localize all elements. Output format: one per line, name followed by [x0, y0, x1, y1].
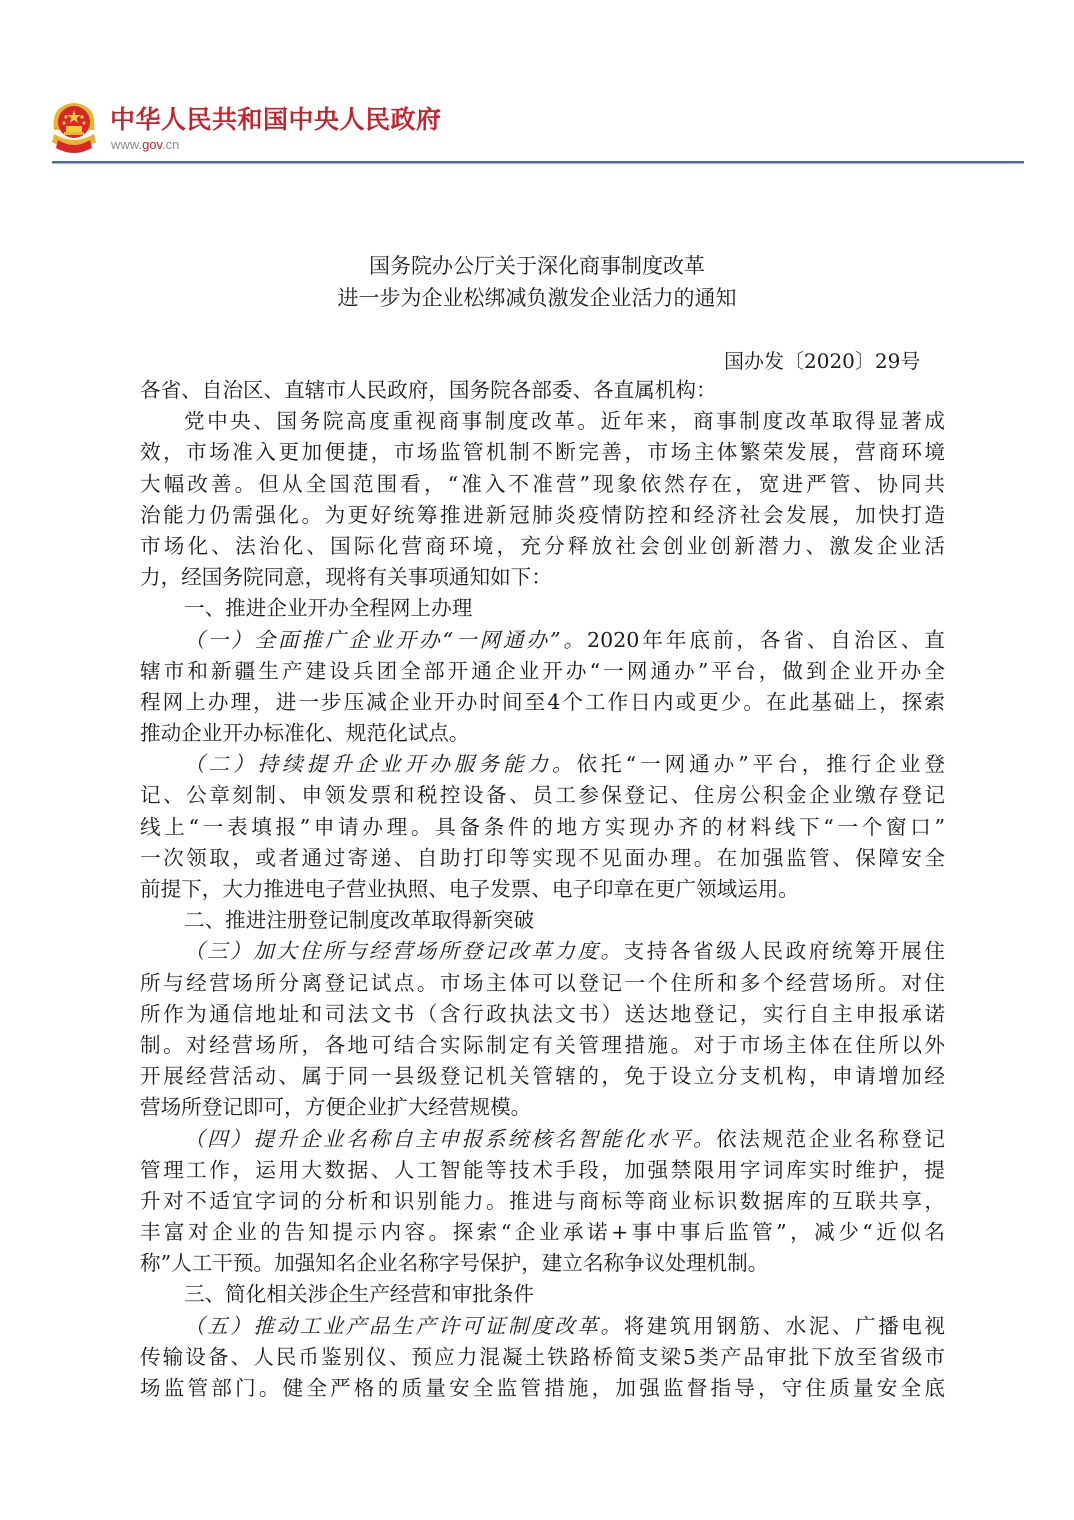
body-line-text: 大幅改善。但从全国范围看，“准入不准营”现象依然存在，宽进严管、协同共 — [140, 472, 945, 496]
document-body: 各省、自治区、直辖市人民政府，国务院各部委、各直属机构：党中央、国务院高度重视商… — [140, 375, 945, 1404]
body-line: 二、推进注册登记制度改革取得新突破 — [140, 905, 945, 936]
body-line: 管理工作，运用大数据、人工智能等技术手段，加强禁限用字词库实时维护，提 — [140, 1155, 945, 1186]
body-line-text: 依法规范企业名称登记 — [716, 1127, 945, 1151]
body-line-text: 升对不适宜字词的分析和识别能力。推进与商标等商业标识数据库的互联共享， — [140, 1189, 945, 1213]
body-line: 市场化、法治化、国际化营商环境，充分释放社会创业创新潜力、激发企业活 — [140, 531, 945, 562]
body-line: 治能力仍需强化。为更好统筹推进新冠肺炎疫情防控和经济社会发展，加快打造 — [140, 500, 945, 531]
body-line-text: 称”人工干预。加强知名企业名称字号保护，建立名称争议处理机制。 — [140, 1251, 768, 1275]
body-line: 所与经营场所分离登记试点。市场主体可以登记一个住所和多个经营场所。对住 — [140, 968, 945, 999]
site-url[interactable]: www.gov.cn — [111, 137, 179, 152]
body-line: 所作为通信地址和司法文书（含行政执法文书）送达地登记，实行自主申报承诺 — [140, 999, 945, 1030]
body-line-text: 三、简化相关涉企生产经营和审批条件 — [184, 1282, 534, 1306]
body-line: 营场所登记即可，方便企业扩大经营规模。 — [140, 1092, 945, 1123]
body-line: （三）加大住所与经营场所登记改革力度。支持各省级人民政府统筹开展住 — [140, 936, 945, 967]
body-line-text: 营场所登记即可，方便企业扩大经营规模。 — [140, 1095, 531, 1119]
body-line: （二）持续提升企业开办服务能力。依托“一网通办”平台，推行企业登 — [140, 749, 945, 780]
url-prefix: www. — [111, 137, 142, 152]
body-line: 记、公章刻制、申领发票和税控设备、员工参保登记、住房公积金企业缴存登记 — [140, 780, 945, 811]
body-line: 力，经国务院同意，现将有关事项通知如下： — [140, 562, 945, 593]
url-domain: gov — [142, 137, 162, 152]
body-line: （一）全面推广企业开办“一网通办”。2020年年底前，各省、自治区、直 — [140, 625, 945, 656]
document-title-line-2: 进一步为企业松绑减负激发企业活力的通知 — [0, 282, 1074, 312]
body-line: 传输设备、人民币鉴别仪、预应力混凝土铁路桥简支梁5类产品审批下放至省级市 — [140, 1342, 945, 1373]
body-line-text: 二、推进注册登记制度改革取得新突破 — [184, 908, 534, 932]
body-line-text: 党中央、国务院高度重视商事制度改革。近年来，商事制度改革取得显著成 — [184, 409, 945, 433]
body-line-text: 管理工作，运用大数据、人工智能等技术手段，加强禁限用字词库实时维护，提 — [140, 1158, 945, 1182]
body-line-text: 传输设备、人民币鉴别仪、预应力混凝土铁路桥简支梁5类产品审批下放至省级市 — [140, 1345, 945, 1369]
body-line-text: 一次领取，或者通过寄递、自助打印等实现不见面办理。在加强监管、保障安全 — [140, 846, 945, 870]
body-line: 推动企业开办标准化、规范化试点。 — [140, 718, 945, 749]
body-line: 三、简化相关涉企生产经营和审批条件 — [140, 1279, 945, 1310]
body-line: 开展经营活动、属于同一县级登记机关管辖的，免于设立分支机构，申请增加经 — [140, 1061, 945, 1092]
body-line-text: 制。对经营场所，各地可结合实际制定有关管理措施。对于市场主体在住所以外 — [140, 1033, 945, 1057]
body-line: 场监管部门。健全严格的质量安全监管措施，加强监督指导，守住质量安全底 — [140, 1373, 945, 1404]
body-line-text: 丰富对企业的告知提示内容。探索“企业承诺+事中事后监管”，减少“近似名 — [140, 1220, 945, 1244]
body-line: 各省、自治区、直辖市人民政府，国务院各部委、各直属机构： — [140, 375, 945, 406]
body-line: 一次领取，或者通过寄递、自助打印等实现不见面办理。在加强监管、保障安全 — [140, 843, 945, 874]
body-line: 辖市和新疆生产建设兵团全部开通企业开办“一网通办”平台，做到企业开办全 — [140, 656, 945, 687]
body-line-text: 所与经营场所分离登记试点。市场主体可以登记一个住所和多个经营场所。对住 — [140, 971, 945, 995]
section-heading-inline: （一）全面推广企业开办“一网通办”。 — [184, 628, 587, 652]
body-line-text: 治能力仍需强化。为更好统筹推进新冠肺炎疫情防控和经济社会发展，加快打造 — [140, 503, 945, 527]
header-divider — [52, 161, 1024, 164]
body-line-text: 2020年年底前，各省、自治区、直 — [587, 628, 945, 652]
body-line: 效，市场准入更加便捷，市场监管机制不断完善，市场主体繁荣发展，营商环境 — [140, 437, 945, 468]
body-line-text: 线上“一表填报”申请办理。具备条件的地方实现办齐的材料线下“一个窗口” — [140, 815, 945, 839]
body-line: （五）推动工业产品生产许可证制度改革。将建筑用钢筋、水泥、广播电视 — [140, 1311, 945, 1342]
body-line: 大幅改善。但从全国范围看，“准入不准营”现象依然存在，宽进严管、协同共 — [140, 469, 945, 500]
body-line: 升对不适宜字词的分析和识别能力。推进与商标等商业标识数据库的互联共享， — [140, 1186, 945, 1217]
body-line: 线上“一表填报”申请办理。具备条件的地方实现办齐的材料线下“一个窗口” — [140, 812, 945, 843]
body-line: 党中央、国务院高度重视商事制度改革。近年来，商事制度改革取得显著成 — [140, 406, 945, 437]
body-line: 一、推进企业开办全程网上办理 — [140, 593, 945, 624]
body-line-text: 前提下，大力推进电子营业执照、电子发票、电子印章在更广领域运用。 — [140, 877, 799, 901]
body-line-text: 记、公章刻制、申领发票和税控设备、员工参保登记、住房公积金企业缴存登记 — [140, 783, 945, 807]
body-line-text: 程网上办理，进一步压减企业开办时间至4个工作日内或更少。在此基础上，探索 — [140, 690, 945, 714]
body-line-text: 各省、自治区、直辖市人民政府，国务院各部委、各直属机构： — [140, 378, 717, 402]
body-line-text: 场监管部门。健全严格的质量安全监管措施，加强监督指导，守住质量安全底 — [140, 1376, 945, 1400]
body-line-text: 所作为通信地址和司法文书（含行政执法文书）送达地登记，实行自主申报承诺 — [140, 1002, 945, 1026]
section-heading-inline: （五）推动工业产品生产许可证制度改革。 — [184, 1314, 624, 1338]
document-number: 国办发〔2020〕29号 — [724, 345, 920, 374]
body-line: 程网上办理，进一步压减企业开办时间至4个工作日内或更少。在此基础上，探索 — [140, 687, 945, 718]
body-line-text: 推动企业开办标准化、规范化试点。 — [140, 721, 470, 745]
body-line: 丰富对企业的告知提示内容。探索“企业承诺+事中事后监管”，减少“近似名 — [140, 1217, 945, 1248]
body-line-text: 效，市场准入更加便捷，市场监管机制不断完善，市场主体繁荣发展，营商环境 — [140, 440, 945, 464]
body-line-text: 辖市和新疆生产建设兵团全部开通企业开办“一网通办”平台，做到企业开办全 — [140, 659, 945, 683]
body-line: 制。对经营场所，各地可结合实际制定有关管理措施。对于市场主体在住所以外 — [140, 1030, 945, 1061]
body-line-text: 开展经营活动、属于同一县级登记机关管辖的，免于设立分支机构，申请增加经 — [140, 1064, 945, 1088]
section-heading-inline: （三）加大住所与经营场所登记改革力度。 — [184, 939, 624, 963]
body-line: （四）提升企业名称自主申报系统核名智能化水平。依法规范企业名称登记 — [140, 1124, 945, 1155]
body-line-text: 一、推进企业开办全程网上办理 — [184, 596, 472, 620]
section-heading-inline: （四）提升企业名称自主申报系统核名智能化水平。 — [184, 1127, 716, 1151]
body-line-text: 支持各省级人民政府统筹开展住 — [624, 939, 945, 963]
url-suffix: .cn — [162, 137, 179, 152]
body-line: 前提下，大力推进电子营业执照、电子发票、电子印章在更广领域运用。 — [140, 874, 945, 905]
body-line-text: 依托“一网通办”平台，推行企业登 — [577, 752, 945, 776]
site-name[interactable]: 中华人民共和国中央人民政府 — [110, 100, 442, 136]
document-title-line-1: 国务院办公厅关于深化商事制度改革 — [0, 250, 1074, 280]
body-line-text: 将建筑用钢筋、水泥、广播电视 — [624, 1314, 945, 1338]
body-line: 称”人工干预。加强知名企业名称字号保护，建立名称争议处理机制。 — [140, 1248, 945, 1279]
body-line-text: 市场化、法治化、国际化营商环境，充分释放社会创业创新潜力、激发企业活 — [140, 534, 945, 558]
national-emblem-icon[interactable] — [50, 100, 98, 154]
section-heading-inline: （二）持续提升企业开办服务能力。 — [184, 752, 577, 776]
site-header: 中华人民共和国中央人民政府 www.gov.cn — [0, 0, 1074, 170]
body-line-text: 力，经国务院同意，现将有关事项通知如下： — [140, 565, 552, 589]
